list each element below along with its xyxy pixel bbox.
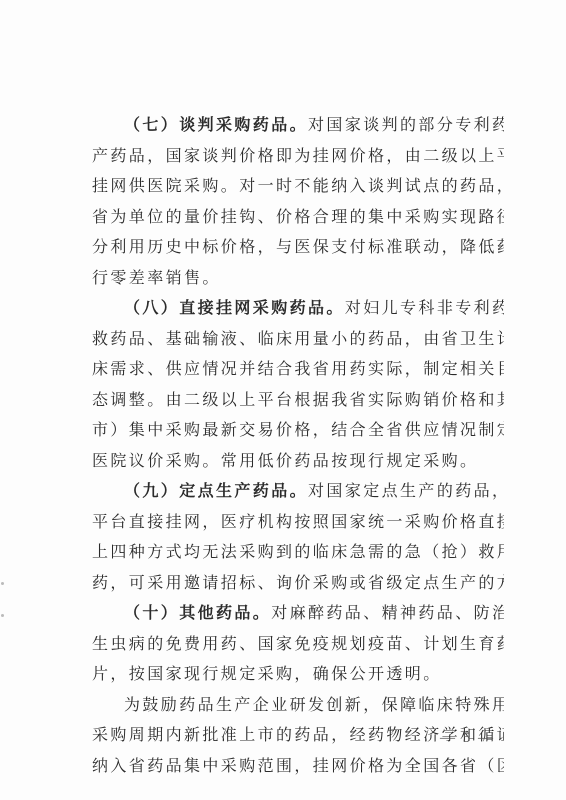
text-line: 为鼓励药品生产企业研发创新，保障临床特殊用药需求，对 <box>92 690 504 721</box>
text-line: 床需求、供应情况并结合我省用药实际，制定相关目录，实行动 <box>92 354 504 385</box>
text-line: （八）直接挂网采购药品。对妇儿专科非专利药品、急（抢） <box>92 293 504 324</box>
text-line: 生虫病的免费用药、国家免疫规划疫苗、计划生育药品及中药饮 <box>92 629 504 660</box>
text-line: 医院议价采购。常用低价药品按现行规定采购。 <box>92 446 504 477</box>
text-line: 上四种方式均无法采购到的临床急需的急（抢）救用药、特殊用 <box>92 537 504 568</box>
text-line: （十）其他药品。对麻醉药品、精神药品、防治传染病和寄 <box>92 598 504 629</box>
text-line: 片，按国家现行规定采购，确保公开透明。 <box>92 659 504 690</box>
paragraph-other-drugs: （十）其他药品。对麻醉药品、精神药品、防治传染病和寄 生虫病的免费用药、国家免疫… <box>92 598 504 690</box>
document-page: （七）谈判采购药品。对国家谈判的部分专利药品、独家生 产药品，国家谈判价格即为挂… <box>0 0 566 800</box>
text-line: 态调整。由二级以上平台根据我省实际购销价格和其他省（区、 <box>92 385 504 416</box>
binding-hole-mark <box>1 614 4 617</box>
text-line: 省为单位的量价挂钩、价格合理的集中采购实现路径和方式，充 <box>92 202 504 233</box>
text-line: 市）集中采购最新交易价格，结合全省供应情况制定挂网价格供 <box>92 415 504 446</box>
page-number: — 5 — <box>440 730 495 747</box>
text-line: 分利用历史中标价格，与医保支付标准联动，降低药品价格，实 <box>92 232 504 263</box>
text-line: 救药品、基础输液、临床用量小的药品，由省卫生计生委根据临 <box>92 324 504 355</box>
paragraph-heading: （七）谈判采购药品。 <box>124 115 308 134</box>
paragraph-designated-production: （九）定点生产药品。对国家定点生产的药品，在二级以上 平台直接挂网，医疗机构按照… <box>92 476 504 598</box>
text-line: 药，可采用邀请招标、询价采购或省级定点生产的方式采购。 <box>92 568 504 599</box>
text-line: 行零差率销售。 <box>92 263 504 294</box>
paragraph-negotiated-procurement: （七）谈判采购药品。对国家谈判的部分专利药品、独家生 产药品，国家谈判价格即为挂… <box>92 110 504 293</box>
paragraph-direct-listing-procurement: （八）直接挂网采购药品。对妇儿专科非专利药品、急（抢） 救药品、基础输液、临床用… <box>92 293 504 476</box>
text-line: 产药品，国家谈判价格即为挂网价格，由二级以上平台按照程序 <box>92 141 504 172</box>
text-line: 挂网供医院采购。对一时不能纳入谈判试点的药品，继续探索以 <box>92 171 504 202</box>
paragraph-heading: （十）其他药品。 <box>124 603 271 622</box>
text-line: 平台直接挂网，医疗机构按照国家统一采购价格直接采购。对以 <box>92 507 504 538</box>
text-line: 纳入省药品集中采购范围，挂网价格为全国各省（区、市）中标 <box>92 751 504 782</box>
binding-hole-mark <box>1 582 4 585</box>
paragraph-heading: （九）定点生产药品。 <box>124 481 308 500</box>
text-line: （七）谈判采购药品。对国家谈判的部分专利药品、独家生 <box>92 110 504 141</box>
document-body: （七）谈判采购药品。对国家谈判的部分专利药品、独家生 产药品，国家谈判价格即为挂… <box>92 110 504 781</box>
paragraph-heading: （八）直接挂网采购药品。 <box>124 298 345 317</box>
text-line: （九）定点生产药品。对国家定点生产的药品，在二级以上 <box>92 476 504 507</box>
